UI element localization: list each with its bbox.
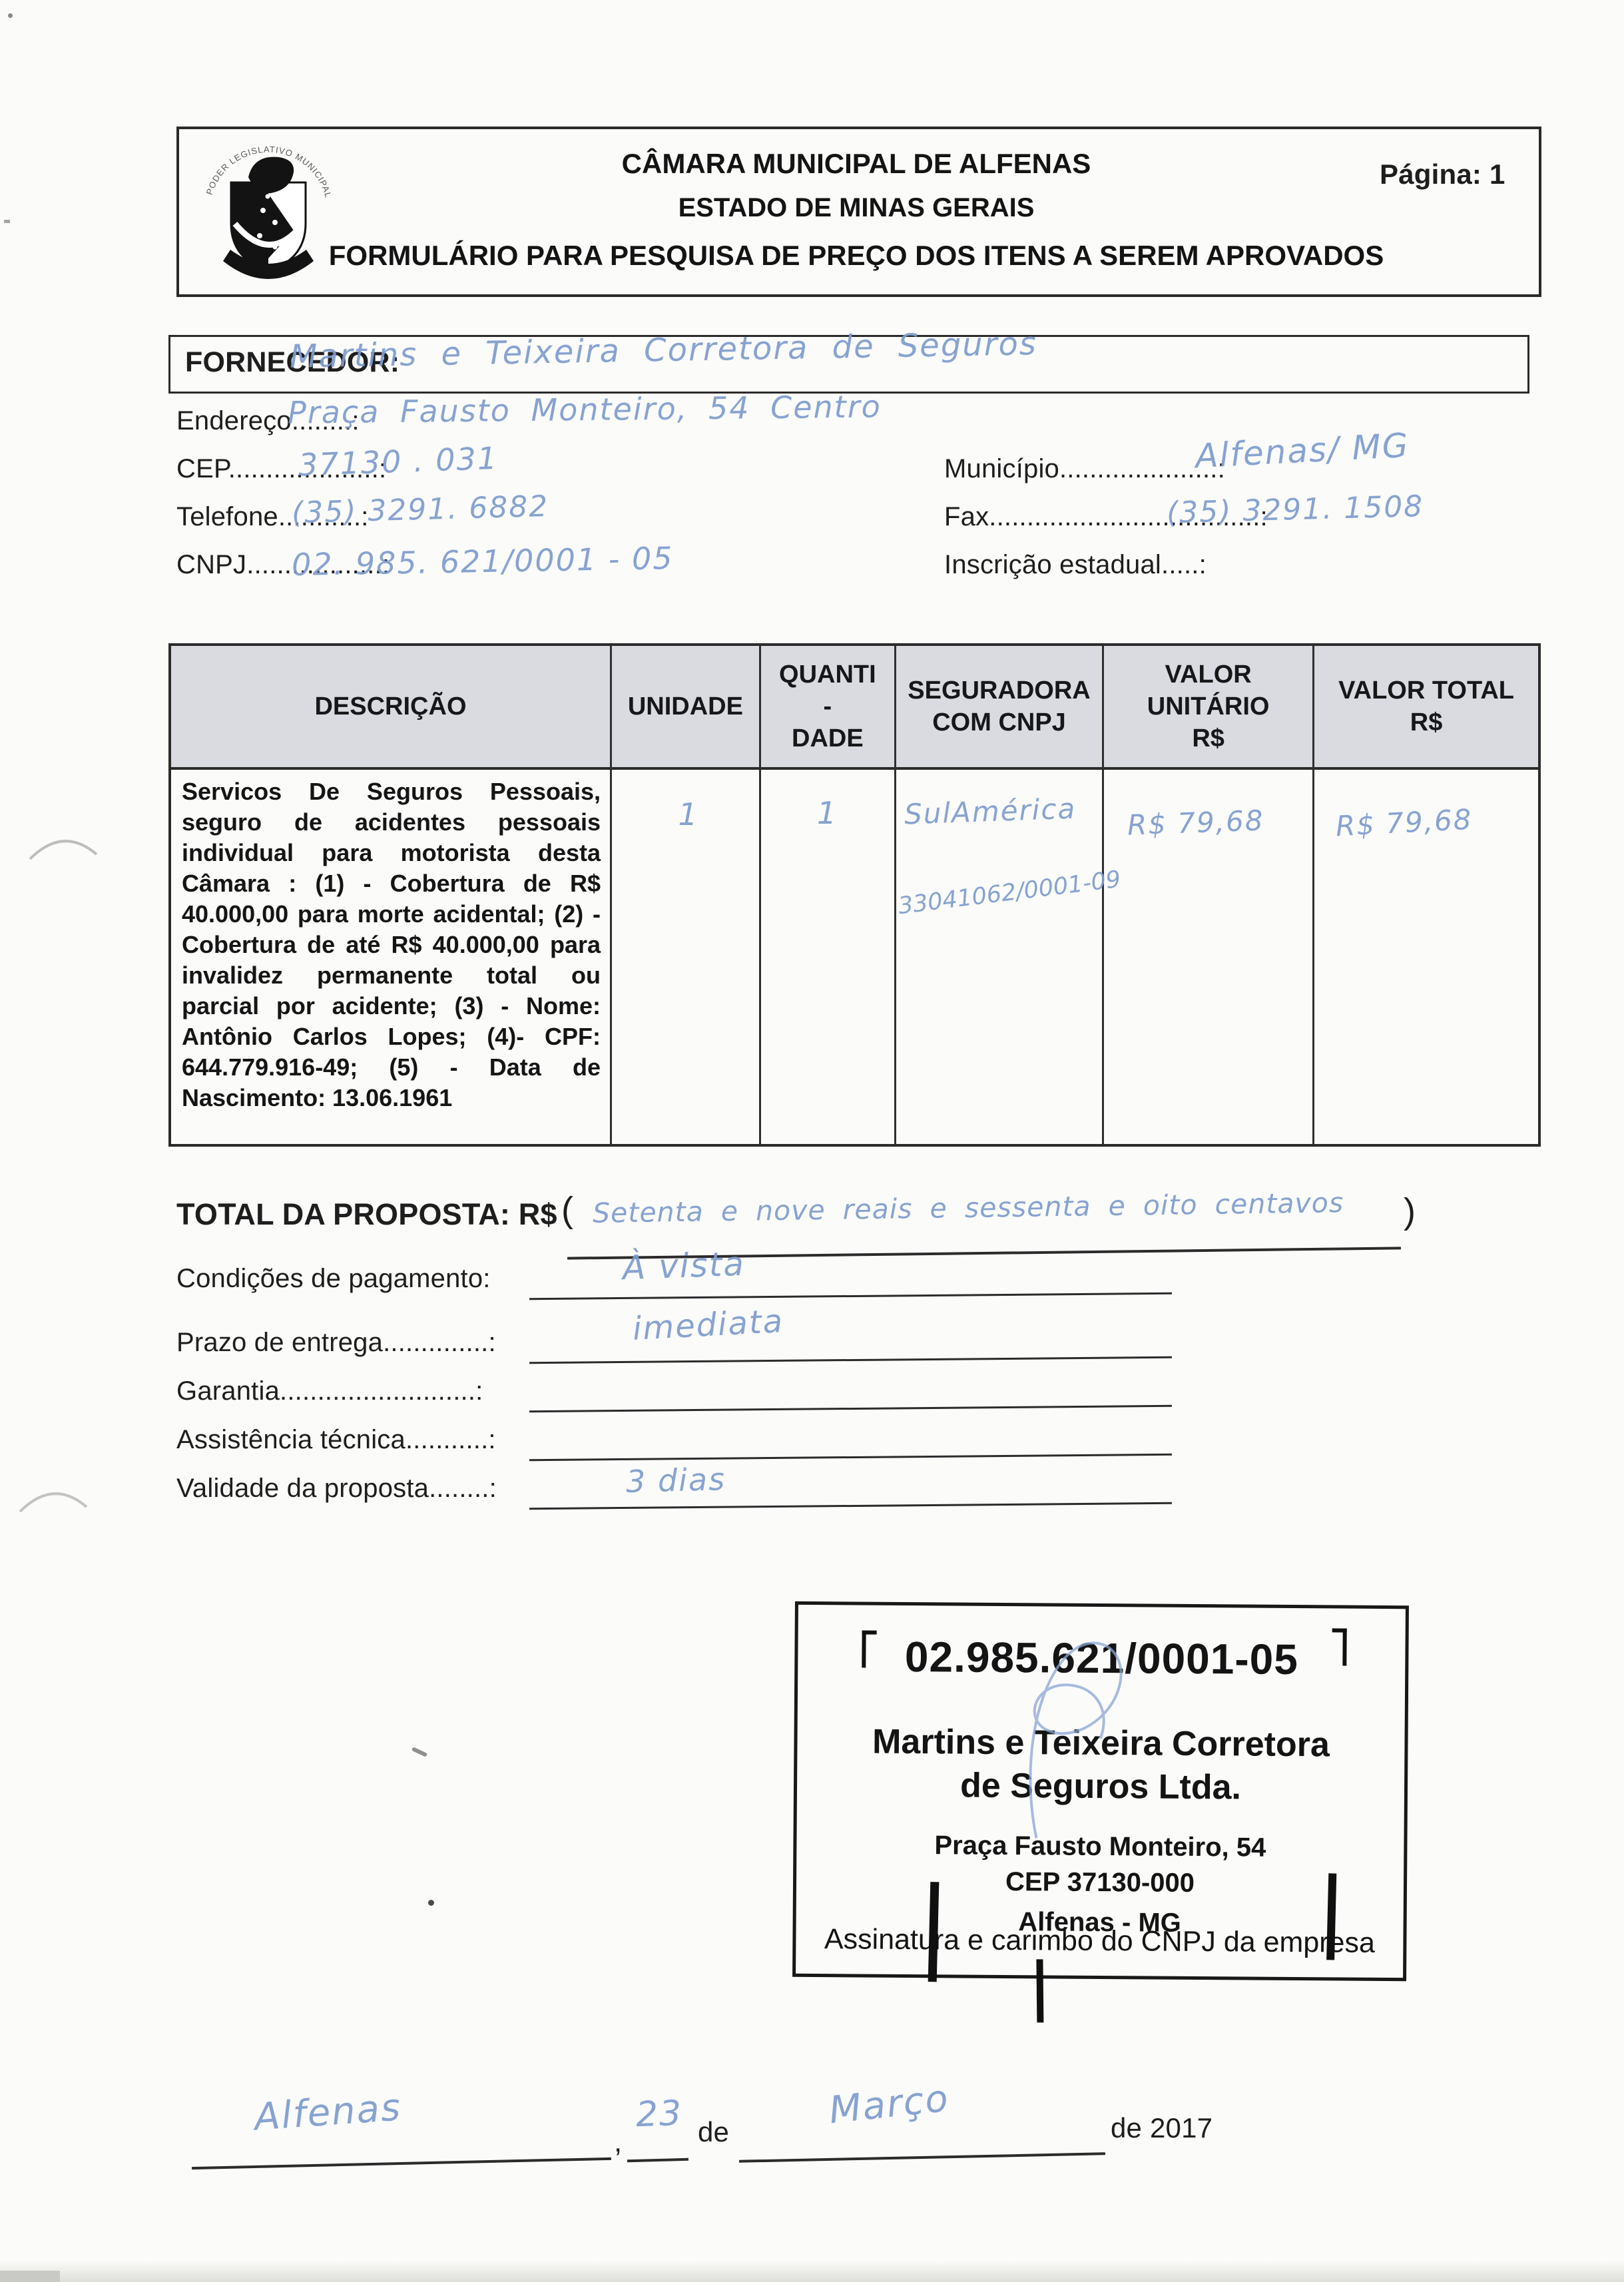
col-unidade: UNIDADE 1	[610, 646, 759, 1144]
cnpj-value-handwritten: 02. 985. 621/0001 - 05	[292, 540, 674, 583]
paren-close: )	[1404, 1191, 1416, 1232]
footer-month-handwritten: Março	[827, 2077, 951, 2133]
prazo-value-handwritten: imediata	[632, 1302, 785, 1348]
prazo-line	[529, 1356, 1172, 1364]
footer-comma: ,	[614, 2126, 622, 2159]
form-title: FORMULÁRIO PARA PESQUISA DE PREÇO DOS IT…	[176, 240, 1536, 272]
inscricao-estadual-label: Inscrição estadual.....:	[944, 550, 1207, 580]
cell-valor-total: R$ 79,68	[1314, 770, 1538, 1144]
unidade-value-handwritten: 1	[678, 796, 698, 832]
scan-speck-1	[8, 13, 13, 18]
header-valor-total: VALOR TOTAL R$	[1314, 646, 1538, 770]
municipio-label: Município.....................:	[944, 454, 1225, 484]
footer-day-line	[627, 2158, 688, 2162]
scan-artifact-dash	[411, 1747, 427, 1757]
garantia-line	[529, 1405, 1172, 1412]
condicoes-value-handwritten: À vista	[622, 1245, 746, 1287]
header-quantidade: QUANTI - DADE	[761, 646, 894, 770]
header-descricao: DESCRIÇÃO	[171, 646, 610, 770]
assistencia-line	[529, 1454, 1172, 1461]
assistencia-label: Assistência técnica...........:	[176, 1425, 496, 1455]
validade-label: Validade da proposta........:	[176, 1474, 497, 1504]
descricao-text: Servicos De Seguros Pessoais, seguro de …	[171, 770, 610, 1113]
paren-open: (	[561, 1189, 573, 1231]
valor-total-handwritten: R$ 79,68	[1335, 803, 1474, 843]
scan-speck-2	[4, 220, 10, 223]
col-seguradora: SEGURADORA COM CNPJ SulAmérica 33041062/…	[894, 646, 1102, 1144]
footer-month-line	[739, 2152, 1105, 2163]
scan-bottom-corner	[0, 2271, 60, 2282]
stamp-caption: Assinatura e carimbo do CNPJ da empresa	[796, 1923, 1403, 1960]
scan-artifact-dot	[428, 1900, 434, 1906]
seguradora-name-handwritten: SulAmérica	[904, 792, 1077, 831]
col-valor-unitario: VALOR UNITÁRIO R$ R$ 79,68	[1102, 646, 1312, 1144]
scan-artifact-arc-1	[27, 822, 100, 869]
cep-value-handwritten: 37130 . 031	[298, 440, 499, 483]
footer-city-line	[192, 2157, 611, 2169]
footer-year: de 2017	[1111, 2112, 1213, 2144]
col-quantidade: QUANTI - DADE 1	[759, 646, 894, 1144]
org-subtitle: ESTADO DE MINAS GERAIS	[176, 193, 1536, 223]
validade-value-handwritten: 3 dias	[625, 1461, 726, 1500]
col-valor-total: VALOR TOTAL R$ R$ 79,68	[1312, 646, 1538, 1144]
org-title: CÂMARA MUNICIPAL DE ALFENAS	[176, 148, 1536, 180]
cell-unidade: 1	[612, 770, 759, 1144]
endereco-value-handwritten: Praça Fausto Monteiro, 54 Centro	[288, 388, 882, 430]
cell-valor-unitario: R$ 79,68	[1104, 770, 1312, 1144]
scanned-form-page: Página: 1 PODER LEGISLATIVO MUNICIPAL CÂ…	[0, 0, 1624, 2282]
company-stamp: 02.985.621/0001-05 Martins e Teixeira Co…	[792, 1601, 1409, 1981]
col-descricao: DESCRIÇÃO Servicos De Seguros Pessoais, …	[171, 646, 610, 1144]
cell-descricao: Servicos De Seguros Pessoais, seguro de …	[171, 770, 610, 1144]
seguradora-cnpj-handwritten: 33041062/0001-09	[897, 866, 1123, 920]
garantia-label: Garantia..........................:	[176, 1376, 483, 1406]
stamp-cep: CEP 37130-000	[796, 1866, 1404, 1900]
condicoes-label: Condições de pagamento:	[176, 1264, 491, 1294]
cell-quantidade: 1	[761, 770, 894, 1144]
scan-artifact-arc-2	[17, 1475, 90, 1522]
pen-stroke-left	[928, 1882, 940, 1982]
total-proposta-label: TOTAL DA PROPOSTA: R$	[176, 1197, 557, 1232]
signature-scribble-icon	[956, 1617, 1171, 1845]
valor-unitario-handwritten: R$ 79,68	[1127, 804, 1264, 841]
footer-city-handwritten: Alfenas	[253, 2086, 403, 2139]
pen-stroke-bottom	[1036, 1959, 1043, 2022]
total-extenso-handwritten: Setenta e nove reais e sessenta e oito c…	[593, 1187, 1344, 1229]
telefone-value-handwritten: (35) 3291. 6882	[291, 489, 549, 530]
condicoes-line	[529, 1292, 1172, 1300]
cell-seguradora: SulAmérica 33041062/0001-09	[896, 770, 1102, 1144]
scan-bottom-edge	[0, 2261, 1624, 2282]
fax-value-handwritten: (35) 3291. 1508	[1166, 489, 1424, 530]
header-unidade: UNIDADE	[612, 646, 759, 770]
quantidade-value-handwritten: 1	[817, 795, 838, 831]
validade-line	[529, 1502, 1172, 1510]
items-table: DESCRIÇÃO Servicos De Seguros Pessoais, …	[168, 643, 1541, 1147]
prazo-label: Prazo de entrega..............:	[176, 1328, 496, 1358]
municipio-value-handwritten: Alfenas/ MG	[1195, 426, 1410, 476]
header-seguradora: SEGURADORA COM CNPJ	[896, 646, 1102, 770]
header-valor-unitario: VALOR UNITÁRIO R$	[1104, 646, 1312, 770]
footer-day-handwritten: 23	[635, 2094, 683, 2135]
footer-de1: de	[698, 2116, 729, 2148]
